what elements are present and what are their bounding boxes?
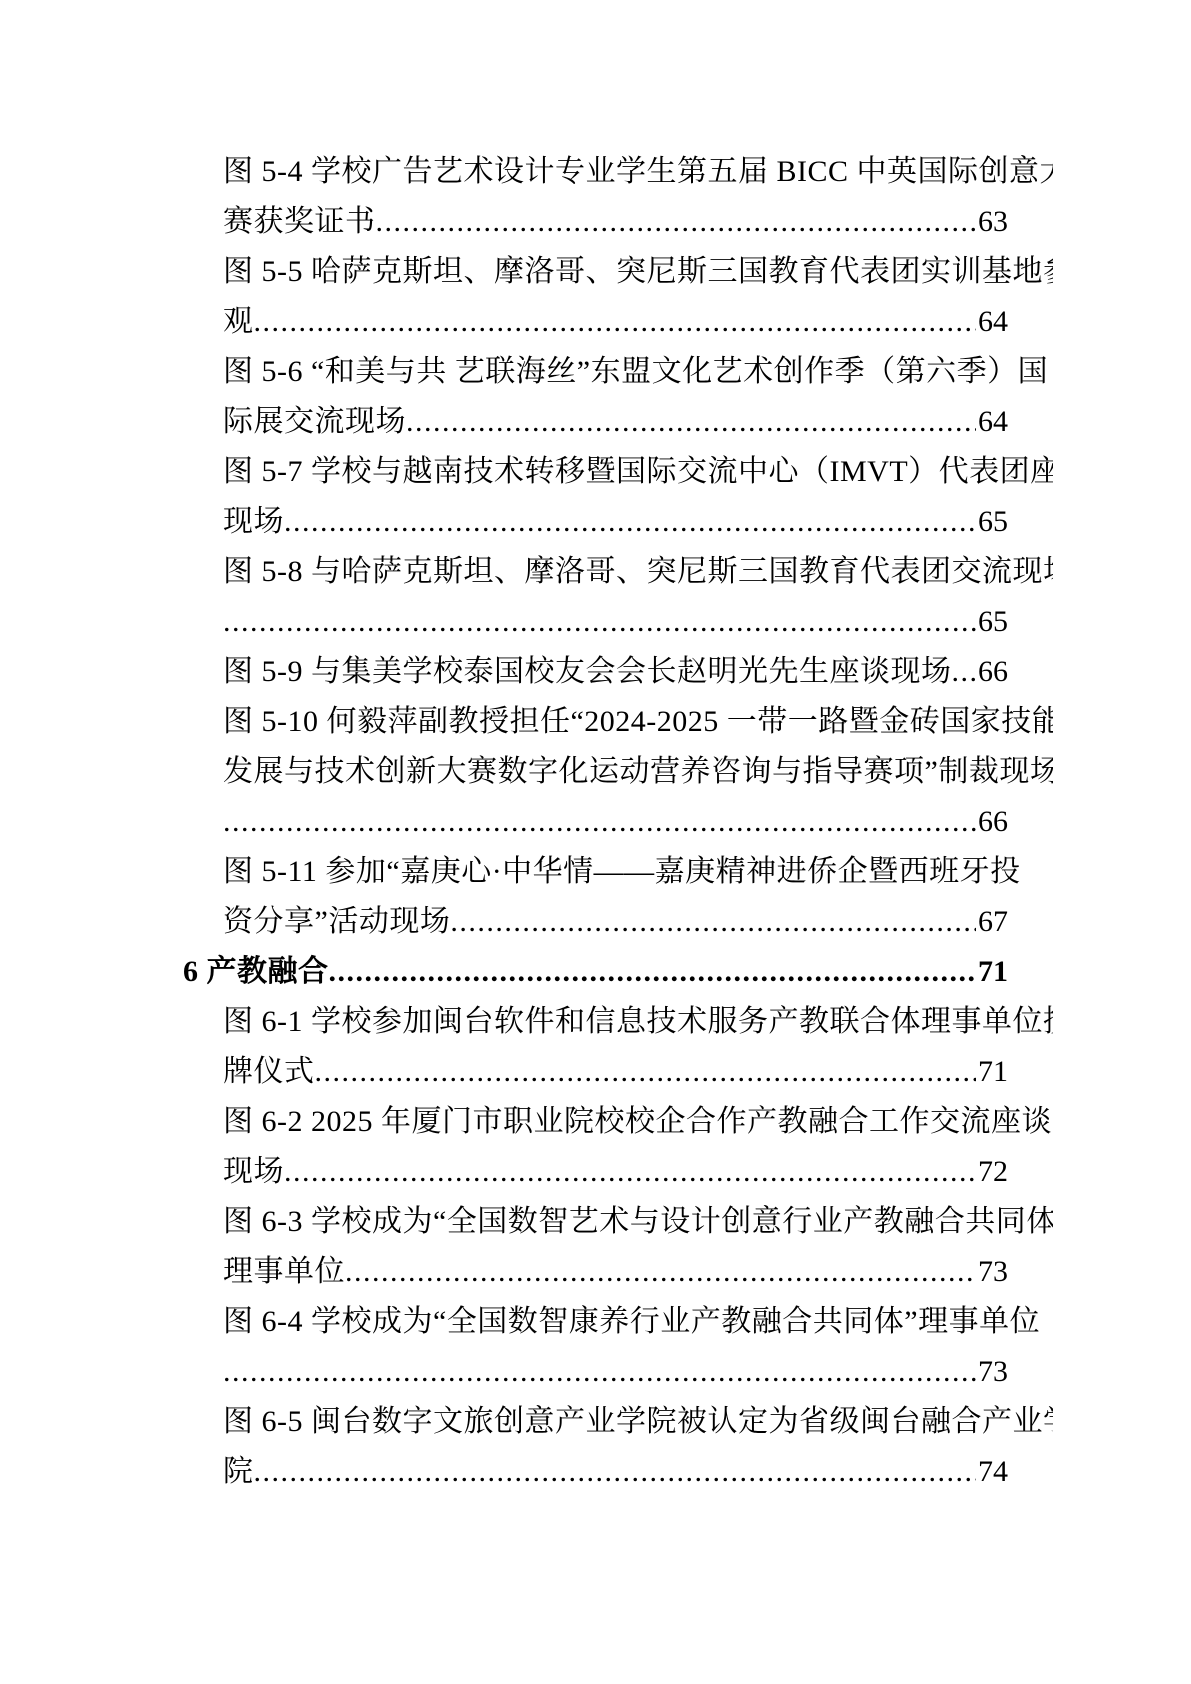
dot-leader: ........................................… <box>345 1247 976 1297</box>
dot-leader: ........................................… <box>376 197 977 247</box>
page-number: 64 <box>976 297 1008 347</box>
toc-line: 现场 .....................................… <box>183 1147 1053 1197</box>
toc-line-text: 图 5-8 与哈萨克斯坦、摩洛哥、突尼斯三国教育代表团交流现场 <box>223 547 1053 597</box>
page-number: 74 <box>976 1447 1008 1497</box>
toc-line-text: 理事单位 <box>223 1247 345 1297</box>
toc-line: 6 产教融合 .................................… <box>183 947 1053 997</box>
toc-line-text: 图 6-5 闽台数字文旅创意产业学院被认定为省级闽台融合产业学 <box>223 1397 1053 1447</box>
toc-line-text: 资分享”活动现场 <box>223 897 450 947</box>
toc-line: 观 ......................................… <box>183 297 1053 347</box>
toc-line-text: 图 6-2 2025 年厦门市职业院校校企合作产教融合工作交流座谈会 <box>223 1097 1053 1147</box>
toc-line: ........................................… <box>183 797 1053 847</box>
toc-line: 图 5-6 “和美与共 艺联海丝”东盟文化艺术创作季（第六季）国 <box>183 347 1053 397</box>
toc-line: 图 6-2 2025 年厦门市职业院校校企合作产教融合工作交流座谈会 <box>183 1097 1053 1147</box>
toc-line-text: 院 <box>223 1447 254 1497</box>
page-number: 66 <box>976 797 1008 847</box>
toc-line-text: 现场 <box>223 497 284 547</box>
toc-line-text: 观 <box>223 297 254 347</box>
toc-line: 图 6-1 学校参加闽台软件和信息技术服务产教联合体理事单位授 <box>183 997 1053 1047</box>
toc-line-text: 现场 <box>223 1147 284 1197</box>
toc-list: 图 5-4 学校广告艺术设计专业学生第五届 BICC 中英国际创意大 赛获奖证书… <box>183 147 1053 1497</box>
toc-line-text: 6 产教融合 <box>183 947 329 997</box>
dot-leader: ........................................… <box>254 1447 977 1497</box>
dot-leader: ........................................… <box>284 1147 976 1197</box>
page-number: 72 <box>976 1147 1008 1197</box>
toc-line-text: 图 5-11 参加“嘉庚心·中华情——嘉庚精神进侨企暨西班牙投 <box>223 847 1021 897</box>
document-page: 图 5-4 学校广告艺术设计专业学生第五届 BICC 中英国际创意大 赛获奖证书… <box>0 0 1191 1684</box>
toc-line-text: 图 5-5 哈萨克斯坦、摩洛哥、突尼斯三国教育代表团实训基地参 <box>223 247 1053 297</box>
toc-line: 资分享”活动现场 ...............................… <box>183 897 1053 947</box>
page-number: 67 <box>976 897 1008 947</box>
toc-line: 际展交流现场 .................................… <box>183 397 1053 447</box>
toc-line: 院 ......................................… <box>183 1447 1053 1497</box>
page-number: 73 <box>976 1247 1008 1297</box>
dot-leader: ........................................… <box>329 947 977 997</box>
toc-line-text: 图 5-6 “和美与共 艺联海丝”东盟文化艺术创作季（第六季）国 <box>223 347 1048 397</box>
dot-leader: ........................................… <box>450 897 976 947</box>
toc-line: ........................................… <box>183 597 1053 647</box>
toc-line-text: 图 5-9 与集美学校泰国校友会会长赵明光先生座谈现场 <box>223 647 952 697</box>
dot-leader: ........................................… <box>254 297 977 347</box>
dot-leader: ........................................… <box>315 1047 977 1097</box>
page-number: 71 <box>976 947 1008 997</box>
toc-line-text: 赛获奖证书 <box>223 197 376 247</box>
page-number: 65 <box>976 497 1008 547</box>
toc-line: ........................................… <box>183 1347 1053 1397</box>
toc-line-text: 牌仪式 <box>223 1047 315 1097</box>
toc-line: 图 6-4 学校成为“全国数智康养行业产教融合共同体”理事单位 <box>183 1297 1053 1347</box>
toc-line: 牌仪式 ....................................… <box>183 1047 1053 1097</box>
dot-leader: ........................................… <box>952 647 977 697</box>
toc-line-text: 图 6-1 学校参加闽台软件和信息技术服务产教联合体理事单位授 <box>223 997 1053 1047</box>
toc-line: 赛获奖证书 ..................................… <box>183 197 1053 247</box>
toc-line: 理事单位 ...................................… <box>183 1247 1053 1297</box>
toc-line-text: 图 6-3 学校成为“全国数智艺术与设计创意行业产教融合共同体” <box>223 1197 1053 1247</box>
toc-line: 发展与技术创新大赛数字化运动营养咨询与指导赛项”制裁现场 <box>183 747 1053 797</box>
toc-line: 图 5-8 与哈萨克斯坦、摩洛哥、突尼斯三国教育代表团交流现场 <box>183 547 1053 597</box>
toc-line: 现场 .....................................… <box>183 497 1053 547</box>
page-number: 71 <box>976 1047 1008 1097</box>
toc-line-text: 图 5-10 何毅萍副教授担任“2024-2025 一带一路暨金砖国家技能 <box>223 697 1053 747</box>
toc-line-text: 图 5-4 学校广告艺术设计专业学生第五届 BICC 中英国际创意大 <box>223 147 1053 197</box>
toc-line: 图 5-10 何毅萍副教授担任“2024-2025 一带一路暨金砖国家技能 <box>183 697 1053 747</box>
dot-leader: ........................................… <box>223 597 976 647</box>
toc-line-text: 图 6-4 学校成为“全国数智康养行业产教融合共同体”理事单位 <box>223 1297 1040 1347</box>
toc-line: 图 5-5 哈萨克斯坦、摩洛哥、突尼斯三国教育代表团实训基地参 <box>183 247 1053 297</box>
toc-line: 图 5-4 学校广告艺术设计专业学生第五届 BICC 中英国际创意大 <box>183 147 1053 197</box>
dot-leader: ........................................… <box>223 1347 976 1397</box>
page-number: 66 <box>976 647 1008 697</box>
toc-line: 图 5-7 学校与越南技术转移暨国际交流中心（IMVT）代表团座谈 <box>183 447 1053 497</box>
page-number: 64 <box>976 397 1008 447</box>
toc-line: 图 5-9 与集美学校泰国校友会会长赵明光先生座谈现场 ............… <box>183 647 1053 697</box>
toc-line: 图 6-3 学校成为“全国数智艺术与设计创意行业产教融合共同体” <box>183 1197 1053 1247</box>
dot-leader: ........................................… <box>406 397 976 447</box>
page-number: 63 <box>976 197 1008 247</box>
toc-line-text: 图 5-7 学校与越南技术转移暨国际交流中心（IMVT）代表团座谈 <box>223 447 1053 497</box>
toc-line: 图 5-11 参加“嘉庚心·中华情——嘉庚精神进侨企暨西班牙投 <box>183 847 1053 897</box>
toc-line-text: 际展交流现场 <box>223 397 406 447</box>
page-number: 73 <box>976 1347 1008 1397</box>
toc-line: 图 6-5 闽台数字文旅创意产业学院被认定为省级闽台融合产业学 <box>183 1397 1053 1447</box>
toc-line-text: 发展与技术创新大赛数字化运动营养咨询与指导赛项”制裁现场 <box>223 747 1053 797</box>
page-number: 65 <box>976 597 1008 647</box>
dot-leader: ........................................… <box>223 797 976 847</box>
dot-leader: ........................................… <box>284 497 976 547</box>
